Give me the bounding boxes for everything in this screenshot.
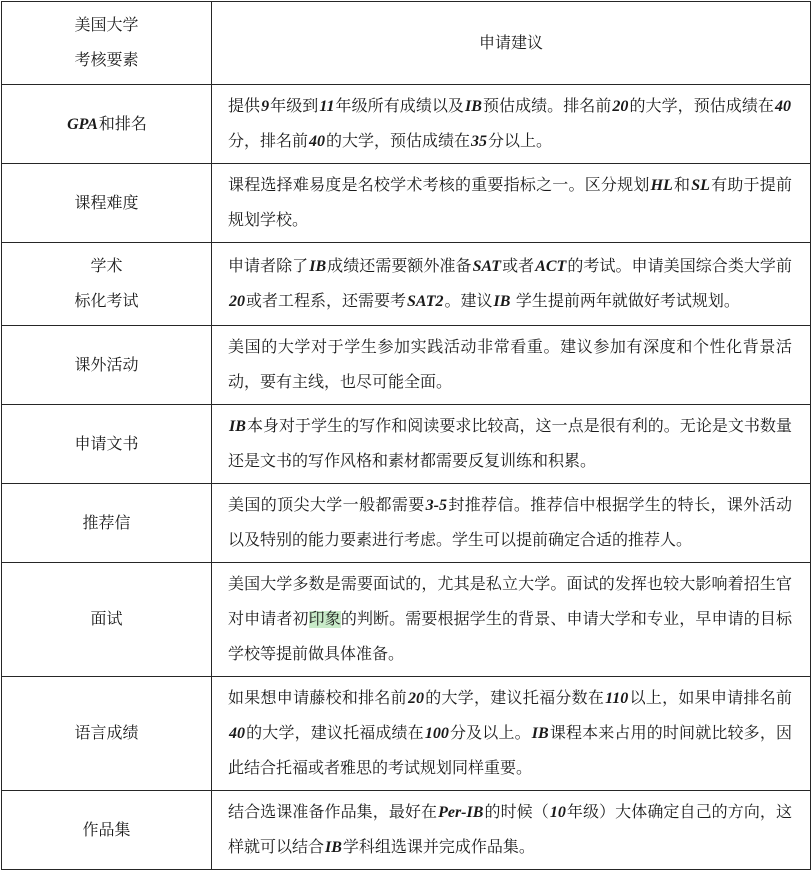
row-advice: 美国大学多数是需要面试的，尤其是私立大学。面试的发挥也较大影响着招生官对申请者初… <box>212 563 811 677</box>
row-advice: 课程选择难易度是名校学术考核的重要指标之一。区分规划HL和SL有助于提前规划学校… <box>212 164 811 243</box>
row-advice: 申请者除了IB成绩还需要额外准备SAT或者ACT的考试。申请美国综合类大学前20… <box>212 243 811 326</box>
row-label: GPA和排名 <box>2 85 212 164</box>
row-label: 学术 标化考试 <box>2 243 212 326</box>
table-row: 作品集结合选课准备作品集，最好在Per-IB的时候（10年级）大体确定自己的方向… <box>2 791 811 870</box>
header-application-advice: 申请建议 <box>212 2 811 85</box>
table-row: 语言成绩如果想申请藤校和排名前20的大学，建议托福分数在110以上，如果申请排名… <box>2 677 811 791</box>
table-row: 申请文书IB本身对于学生的写作和阅读要求比较高，这一点是很有利的。无论是文书数量… <box>2 405 811 484</box>
row-label: 申请文书 <box>2 405 212 484</box>
row-label: 面试 <box>2 563 212 677</box>
row-label: 语言成绩 <box>2 677 212 791</box>
header-assessment-elements: 美国大学 考核要素 <box>2 2 212 85</box>
highlighted-text: 印象 <box>309 611 341 628</box>
row-advice: 美国的顶尖大学一般都需要3-5封推荐信。推荐信中根据学生的特长，课外活动以及特别… <box>212 484 811 563</box>
table-row: 学术 标化考试申请者除了IB成绩还需要额外准备SAT或者ACT的考试。申请美国综… <box>2 243 811 326</box>
row-advice: 结合选课准备作品集，最好在Per-IB的时候（10年级）大体确定自己的方向，这样… <box>212 791 811 870</box>
row-label: 课程难度 <box>2 164 212 243</box>
row-advice: 美国的大学对于学生参加实践活动非常看重。建议参加有深度和个性化背景活动，要有主线… <box>212 326 811 405</box>
document-page: 美国大学 考核要素 申请建议 GPA和排名提供9年级到11年级所有成绩以及IB预… <box>0 0 811 877</box>
table-row: GPA和排名提供9年级到11年级所有成绩以及IB预估成绩。排名前20的大学，预估… <box>2 85 811 164</box>
table-header: 美国大学 考核要素 申请建议 <box>2 2 811 85</box>
row-label: 推荐信 <box>2 484 212 563</box>
table-row: 推荐信美国的顶尖大学一般都需要3-5封推荐信。推荐信中根据学生的特长，课外活动以… <box>2 484 811 563</box>
assessment-table: 美国大学 考核要素 申请建议 GPA和排名提供9年级到11年级所有成绩以及IB预… <box>1 1 811 870</box>
table-row: 课程难度课程选择难易度是名校学术考核的重要指标之一。区分规划HL和SL有助于提前… <box>2 164 811 243</box>
header-row: 美国大学 考核要素 申请建议 <box>2 2 811 85</box>
table-row: 面试美国大学多数是需要面试的，尤其是私立大学。面试的发挥也较大影响着招生官对申请… <box>2 563 811 677</box>
row-label: 作品集 <box>2 791 212 870</box>
row-advice: 提供9年级到11年级所有成绩以及IB预估成绩。排名前20的大学，预估成绩在40分… <box>212 85 811 164</box>
row-advice: 如果想申请藤校和排名前20的大学，建议托福分数在110以上，如果申请排名前40的… <box>212 677 811 791</box>
row-advice: IB本身对于学生的写作和阅读要求比较高，这一点是很有利的。无论是文书数量还是文书… <box>212 405 811 484</box>
table-body: GPA和排名提供9年级到11年级所有成绩以及IB预估成绩。排名前20的大学，预估… <box>2 85 811 870</box>
row-label: 课外活动 <box>2 326 212 405</box>
table-row: 课外活动美国的大学对于学生参加实践活动非常看重。建议参加有深度和个性化背景活动，… <box>2 326 811 405</box>
